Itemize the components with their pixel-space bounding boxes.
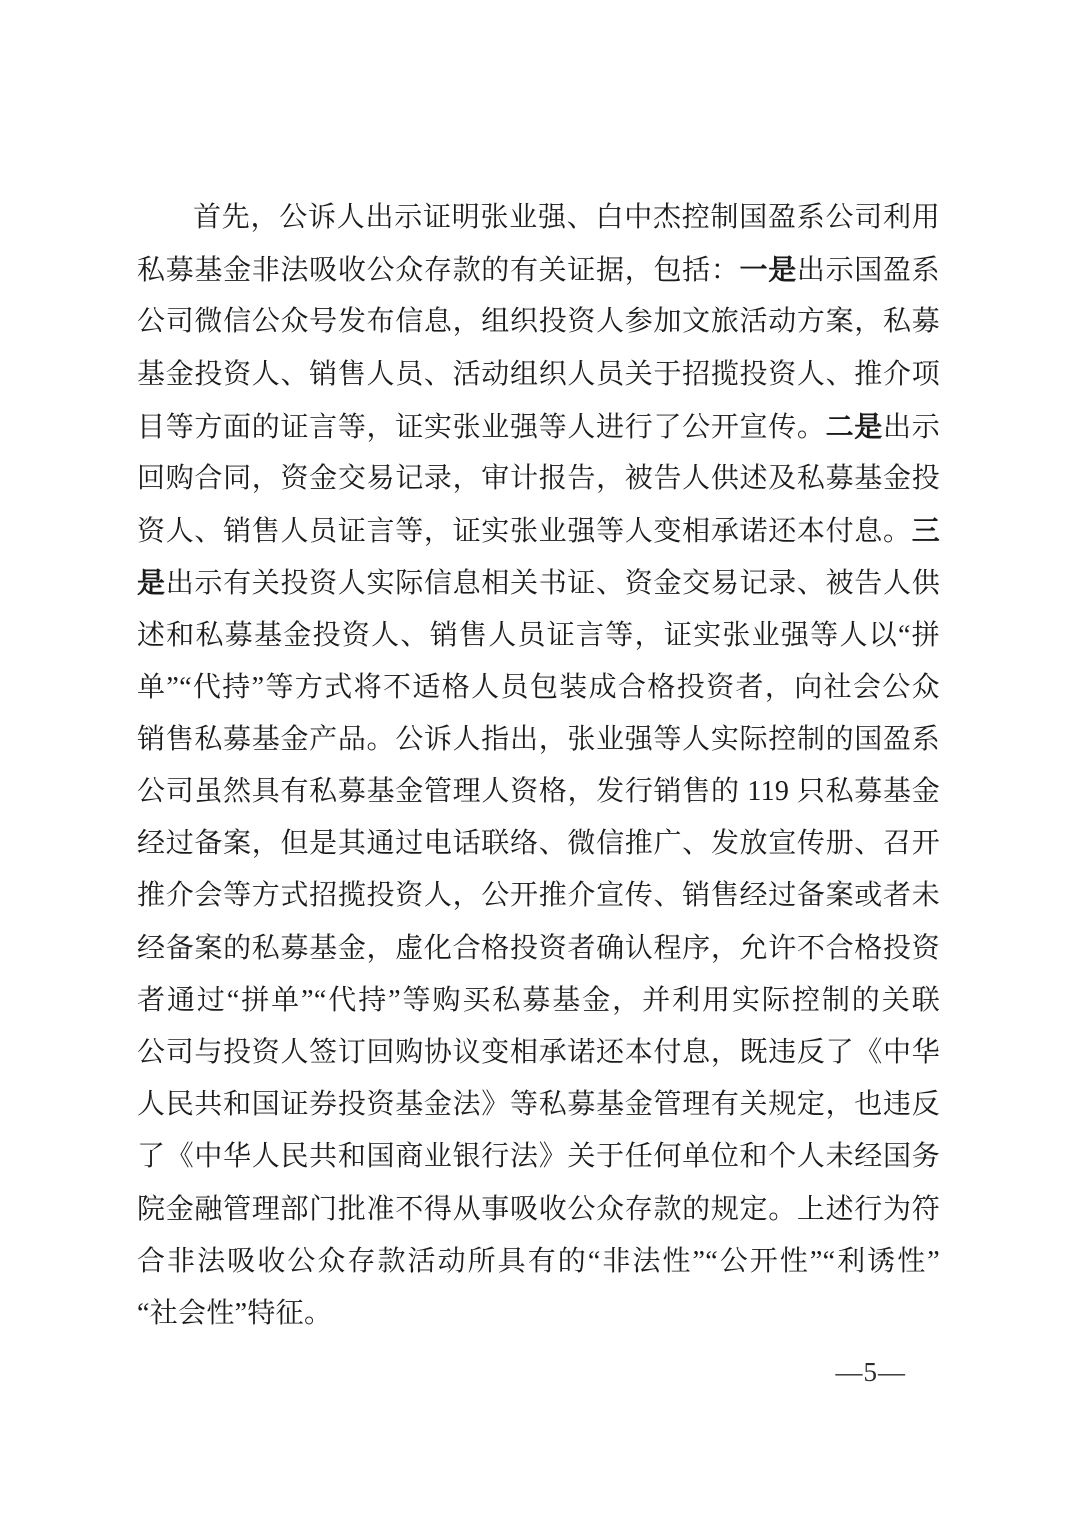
text-segment: 公司与投资人签订回购协议变相承诺还本付息，既违反了《中华 <box>137 1037 940 1068</box>
text-line: 经备案的私募基金，虚化合格投资者确认程序，允许不合格投资 <box>137 923 940 975</box>
text-line: “社会性”特征。 <box>137 1288 940 1340</box>
bold-emphasis: 一是 <box>740 254 797 285</box>
text-segment: 推介会等方式招揽投资人，公开推介宣传、销售经过备案或者未 <box>137 880 940 911</box>
text-line: 了《中华人民共和国商业银行法》关于任何单位和个人未经国务 <box>137 1131 940 1183</box>
text-line: 资人、销售人员证言等，证实张业强等人变相承诺还本付息。三 <box>137 505 940 557</box>
text-line: 者通过“拼单”“代持”等购买私募基金，并利用实际控制的关联 <box>137 975 940 1027</box>
text-segment: 单”“代持”等方式将不适格人员包装成合格投资者，向社会公众 <box>137 672 940 703</box>
text-segment: 了《中华人民共和国商业银行法》关于任何单位和个人未经国务 <box>137 1141 940 1172</box>
text-line: 推介会等方式招揽投资人，公开推介宣传、销售经过备案或者未 <box>137 870 940 922</box>
page-number: —5— <box>836 1352 907 1392</box>
text-line: 公司微信公众号发布信息，组织投资人参加文旅活动方案，私募 <box>137 296 940 348</box>
text-segment: 回购合同，资金交易记录，审计报告，被告人供述及私募基金投 <box>137 463 940 494</box>
text-segment: 合非法吸收公众存款活动所具有的“非法性”“公开性”“利诱性” <box>137 1246 940 1277</box>
text-line: 回购合同，资金交易记录，审计报告，被告人供述及私募基金投 <box>137 453 940 505</box>
text-segment: 目等方面的证言等，证实张业强等人进行了公开宣传。 <box>137 412 826 443</box>
bold-emphasis: 三 <box>912 515 940 546</box>
text-segment: 公司虽然具有私募基金管理人资格，发行销售的 119 只私募基金 <box>137 776 940 807</box>
text-line: 私募基金非法吸收公众存款的有关证据，包括：一是出示国盈系 <box>137 244 940 296</box>
text-segment: 出示国盈系 <box>797 255 940 286</box>
text-segment: 销售私募基金产品。公诉人指出，张业强等人实际控制的国盈系 <box>137 724 940 755</box>
text-segment: 资人、销售人员证言等，证实张业强等人变相承诺还本付息。 <box>137 516 912 547</box>
text-segment: 述和私募基金投资人、销售人员证言等，证实张业强等人以“拼 <box>137 620 940 651</box>
text-segment: 基金投资人、销售人员、活动组织人员关于招揽投资人、推介项 <box>137 359 940 390</box>
text-line: 合非法吸收公众存款活动所具有的“非法性”“公开性”“利诱性” <box>137 1236 940 1288</box>
text-segment: 人民共和国证券投资基金法》等私募基金管理有关规定，也违反 <box>137 1089 940 1120</box>
document-page: 首先，公诉人出示证明张业强、白中杰控制国盈系公司利用私募基金非法吸收公众存款的有… <box>0 0 1074 1520</box>
text-segment: 经备案的私募基金，虚化合格投资者确认程序，允许不合格投资 <box>137 933 940 964</box>
text-segment: 私募基金非法吸收公众存款的有关证据，包括： <box>137 255 740 286</box>
text-line: 经过备案，但是其通过电话联络、微信推广、发放宣传册、召开 <box>137 818 940 870</box>
bold-emphasis: 是 <box>137 567 166 598</box>
text-line: 公司虽然具有私募基金管理人资格，发行销售的 119 只私募基金 <box>137 766 940 818</box>
text-segment: 首先，公诉人出示证明张业强、白中杰控制国盈系公司利用 <box>193 202 940 233</box>
text-line: 述和私募基金投资人、销售人员证言等，证实张业强等人以“拼 <box>137 610 940 662</box>
text-segment: 出示有关投资人实际信息相关书证、资金交易记录、被告人供 <box>166 568 940 599</box>
body-paragraph: 首先，公诉人出示证明张业强、白中杰控制国盈系公司利用私募基金非法吸收公众存款的有… <box>137 192 940 1340</box>
text-segment: 经过备案，但是其通过电话联络、微信推广、发放宣传册、召开 <box>137 828 940 859</box>
text-segment: 出示 <box>883 412 940 443</box>
text-line: 人民共和国证券投资基金法》等私募基金管理有关规定，也违反 <box>137 1079 940 1131</box>
text-line: 单”“代持”等方式将不适格人员包装成合格投资者，向社会公众 <box>137 662 940 714</box>
text-segment: 者通过“拼单”“代持”等购买私募基金，并利用实际控制的关联 <box>137 985 940 1016</box>
text-line: 销售私募基金产品。公诉人指出，张业强等人实际控制的国盈系 <box>137 714 940 766</box>
text-segment: 公司微信公众号发布信息，组织投资人参加文旅活动方案，私募 <box>137 306 940 337</box>
text-line: 目等方面的证言等，证实张业强等人进行了公开宣传。二是出示 <box>137 401 940 453</box>
text-line: 公司与投资人签订回购协议变相承诺还本付息，既违反了《中华 <box>137 1027 940 1079</box>
text-line: 基金投资人、销售人员、活动组织人员关于招揽投资人、推介项 <box>137 349 940 401</box>
text-line: 院金融管理部门批准不得从事吸收公众存款的规定。上述行为符 <box>137 1184 940 1236</box>
text-segment: “社会性”特征。 <box>137 1298 332 1329</box>
text-segment: 院金融管理部门批准不得从事吸收公众存款的规定。上述行为符 <box>137 1194 940 1225</box>
text-line: 是出示有关投资人实际信息相关书证、资金交易记录、被告人供 <box>137 557 940 609</box>
bold-emphasis: 二是 <box>826 411 883 442</box>
text-line: 首先，公诉人出示证明张业强、白中杰控制国盈系公司利用 <box>137 192 940 244</box>
